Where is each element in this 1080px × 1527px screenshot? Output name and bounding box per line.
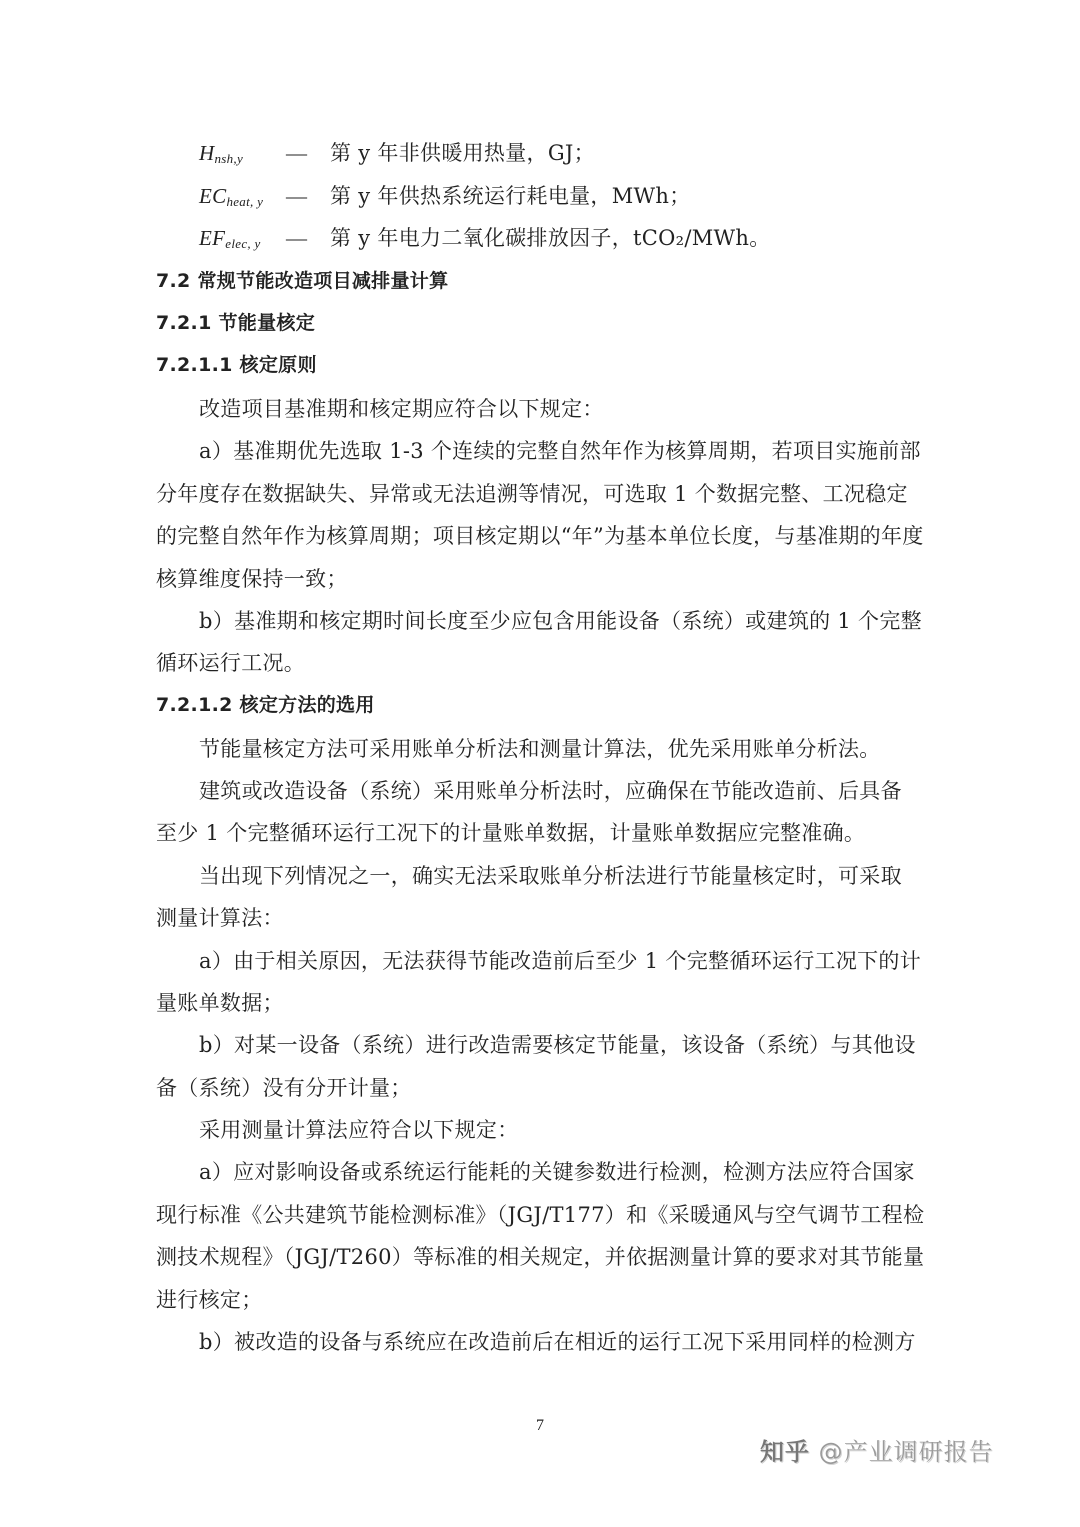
paragraph-line: 现行标准《公共建筑节能检测标准》（JGJ/T177）和《采暖通风与空气调节工程检 (156, 1200, 924, 1230)
zhihu-logo-icon: 知乎 (760, 1438, 810, 1466)
paragraph-line: 节能量核定方法可采用账单分析法和测量计算法，优先采用账单分析法。 (199, 734, 881, 764)
symbol: Hnsh,y (199, 138, 243, 174)
paragraph-line: 当出现下列情况之一，确实无法采取账单分析法进行节能量核定时，可采取 (199, 861, 902, 891)
paragraph-line: 分年度存在数据缺失、异常或无法追溯等情况，可选取 1 个数据完整、工况稳定 (156, 479, 908, 509)
watermark: 知乎 @产业调研报告 (760, 1432, 994, 1467)
watermark-author: @产业调研报告 (819, 1438, 994, 1466)
paragraph-line: 测技术规程》（JGJ/T260）等标准的相关规定，并依据测量计算的要求对其节能量 (156, 1242, 924, 1272)
paragraph-line: 备（系统）没有分开计量； (156, 1073, 412, 1103)
definition-text: 第 y 年供热系统运行耗电量，MWh； (330, 181, 691, 211)
document-page: Hnsh,y — 第 y 年非供暖用热量，GJ； ECheat, y — 第 y… (0, 0, 1080, 1527)
symbol: ECheat, y (199, 181, 263, 217)
dash: — (286, 181, 307, 211)
page-number: 7 (536, 1417, 544, 1435)
paragraph-line: b）被改造的设备与系统应在改造前后在相近的运行工况下采用同样的检测方 (199, 1327, 916, 1357)
paragraph-line: 采用测量计算法应符合以下规定： (199, 1115, 519, 1145)
definition-text: 第 y 年电力二氧化碳排放因子，tCO₂/MWh。 (330, 223, 771, 253)
paragraph-line: 进行核定； (156, 1285, 263, 1315)
dash: — (286, 138, 307, 168)
paragraph-line: 至少 1 个完整循环运行工况下的计量账单数据，计量账单数据应完整准确。 (156, 818, 865, 848)
definition-text: 第 y 年非供暖用热量，GJ； (330, 138, 595, 168)
section-heading-7-2-1-1: 7.2.1.1 核定原则 (156, 350, 317, 380)
paragraph-line: 的完整自然年作为核算周期；项目核定期以“年”为基本单位长度，与基准期的年度 (156, 521, 924, 551)
section-heading-7-2-1-2: 7.2.1.2 核定方法的选用 (156, 690, 375, 720)
paragraph-line: b）基准期和核定期时间长度至少应包含用能设备（系统）或建筑的 1 个完整 (199, 606, 922, 636)
paragraph-line: 量账单数据； (156, 988, 284, 1018)
paragraph-line: 建筑或改造设备（系统）采用账单分析法时，应确保在节能改造前、后具备 (199, 776, 902, 806)
paragraph-line: a）由于相关原因，无法获得节能改造前后至少 1 个完整循环运行工况下的计 (199, 946, 921, 976)
section-heading-7-2-1: 7.2.1 节能量核定 (156, 308, 315, 338)
section-heading-7-2: 7.2 常规节能改造项目减排量计算 (156, 266, 448, 296)
paragraph-line: 核算维度保持一致； (156, 564, 348, 594)
paragraph-line: a）应对影响设备或系统运行能耗的关键参数进行检测，检测方法应符合国家 (199, 1157, 915, 1187)
paragraph-line: 测量计算法： (156, 903, 284, 933)
paragraph-line: 改造项目基准期和核定期应符合以下规定： (199, 394, 604, 424)
paragraph-line: 循环运行工况。 (156, 648, 305, 678)
paragraph-line: a）基准期优先选取 1-3 个连续的完整自然年作为核算周期，若项目实施前部 (199, 436, 921, 466)
paragraph-line: b）对某一设备（系统）进行改造需要核定节能量，该设备（系统）与其他设 (199, 1030, 916, 1060)
dash: — (286, 223, 307, 253)
symbol: EFelec, y (199, 223, 261, 259)
